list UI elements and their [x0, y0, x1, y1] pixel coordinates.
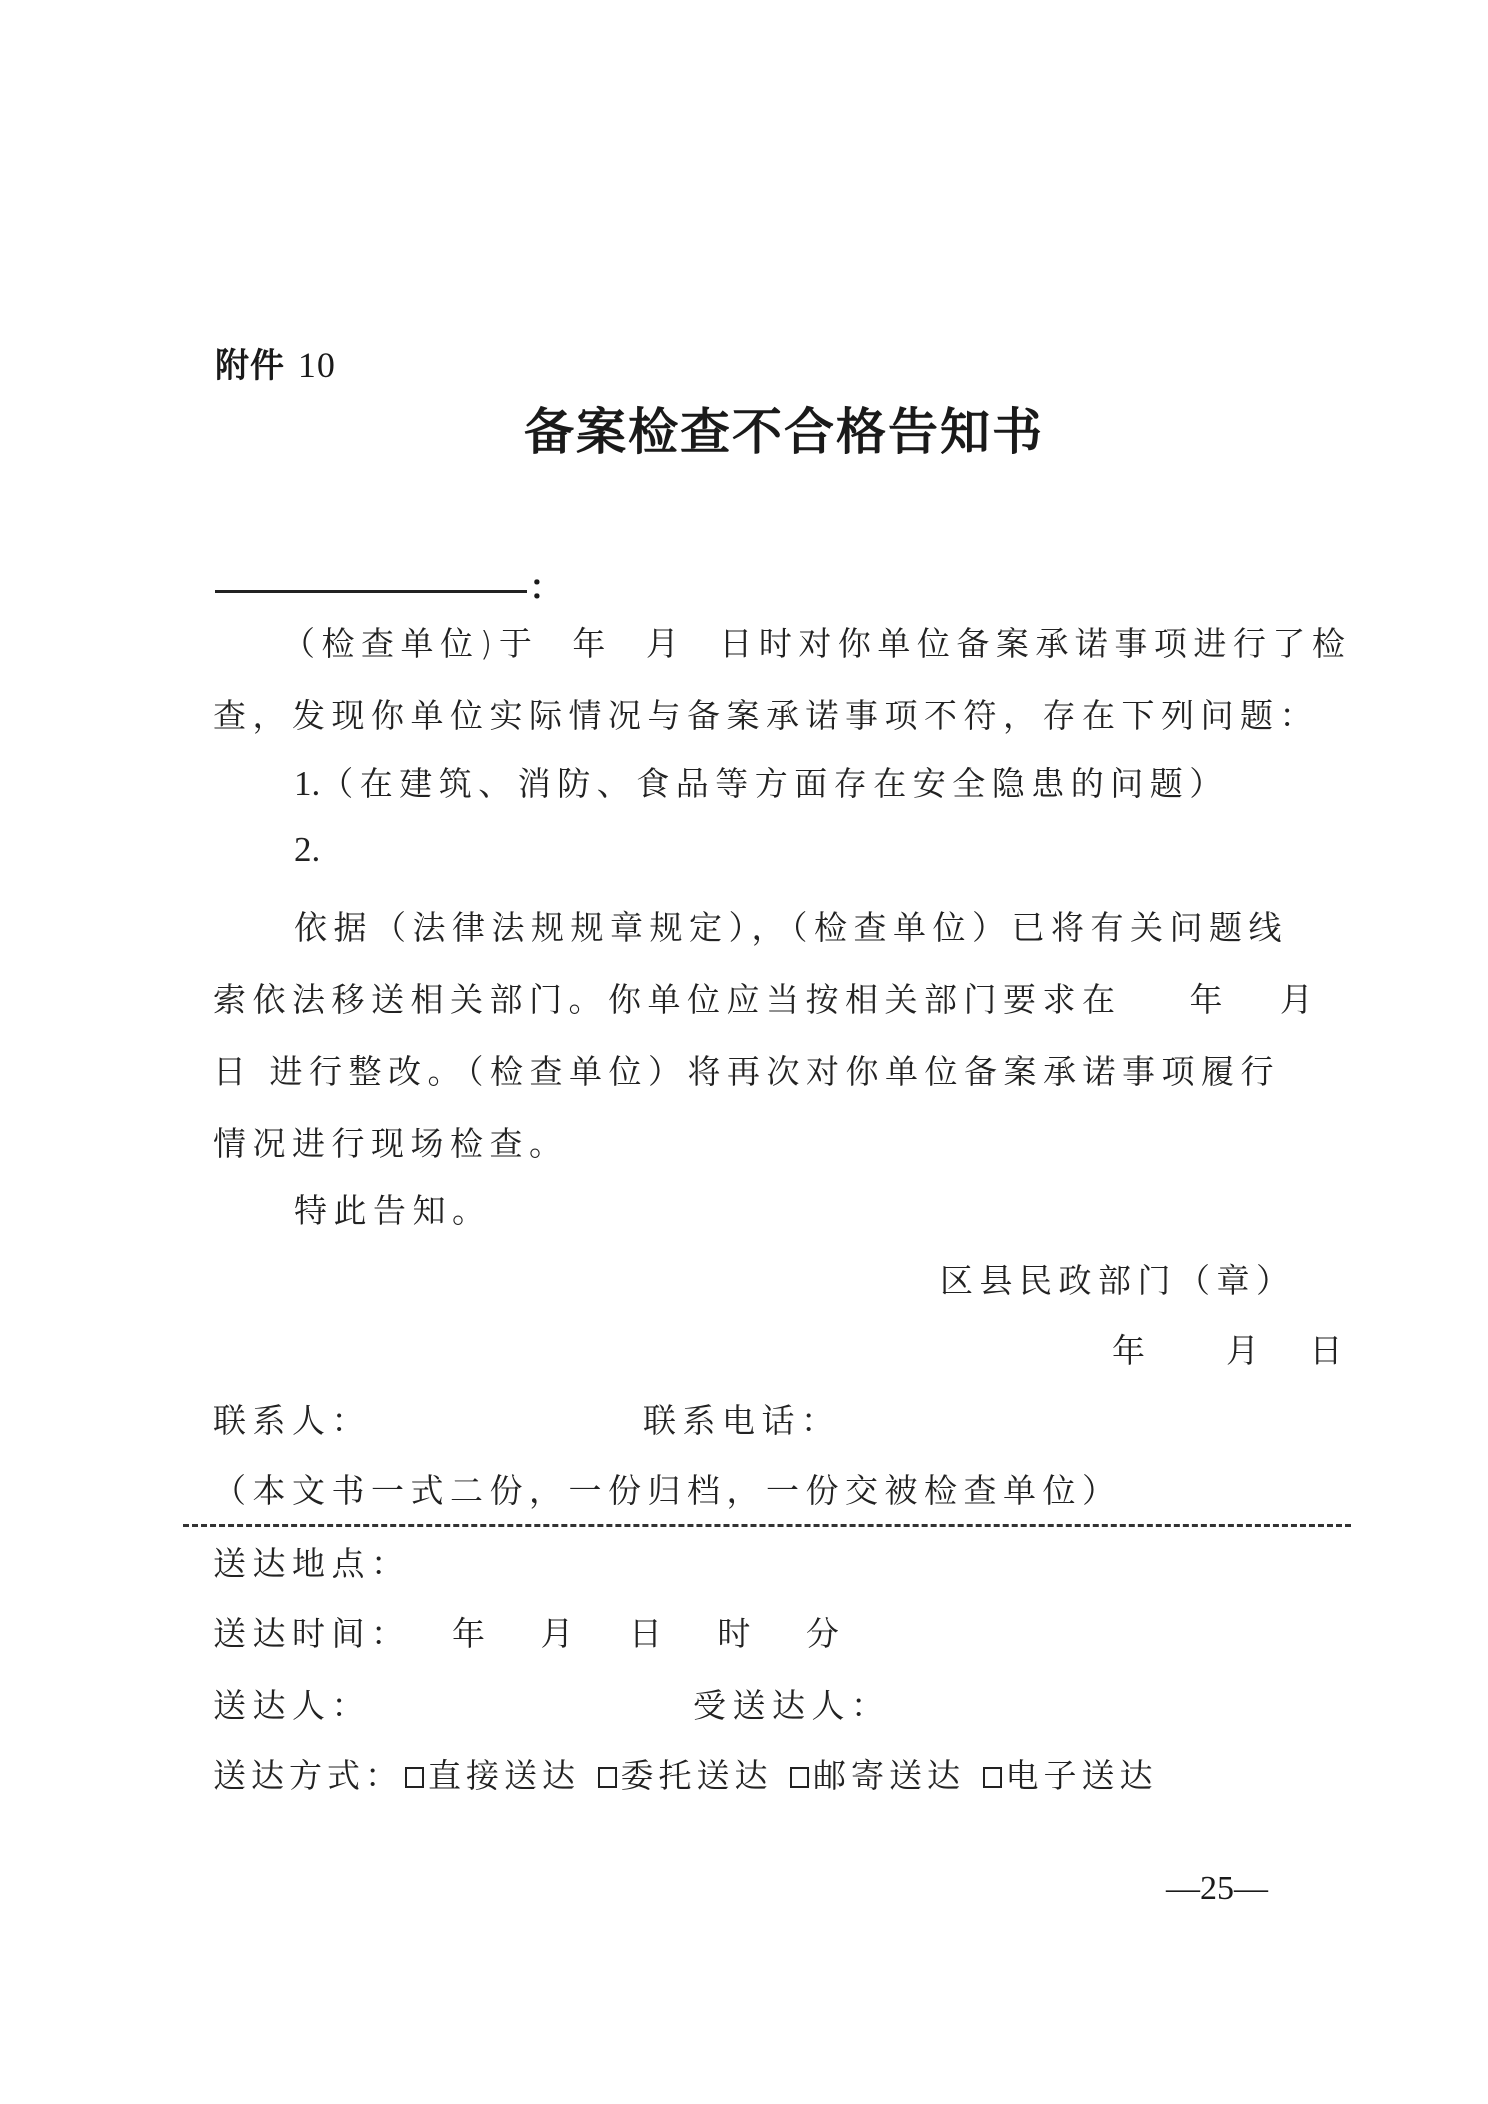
closing-text: 特此告知。 [294, 1185, 492, 1232]
delivery-time-fields[interactable]: 年 月 日 时 分 [452, 1608, 845, 1655]
checkbox-electronic-delivery[interactable] [983, 1767, 1002, 1788]
contact-phone-field[interactable] [830, 1395, 1130, 1435]
copies-note: （本文书一式二份，一份归档，一份交被检查单位） [213, 1465, 1122, 1512]
checkbox-entrusted-delivery[interactable] [598, 1767, 617, 1788]
method-entrusted-label: 委托送达 [621, 1756, 773, 1795]
contact-person-field[interactable] [370, 1395, 610, 1435]
method-option-direct[interactable]: 直接送达 [403, 1756, 580, 1795]
deliverer-label: 送达人： [213, 1680, 371, 1727]
deliverer-field[interactable] [360, 1680, 660, 1720]
cut-line-divider [183, 1524, 1351, 1527]
item-2-number: 2. [294, 830, 320, 869]
method-direct-label: 直接送达 [428, 1756, 580, 1795]
item-1-number: 1. [294, 764, 320, 803]
issuer-seal: 区县民政部门（章） [940, 1255, 1296, 1302]
checkbox-direct-delivery[interactable] [405, 1767, 424, 1788]
delivery-location-field[interactable] [400, 1538, 1200, 1578]
paragraph-2-line-1: 依据（法律法规规章规定），（检查单位）已将有关问题线 [294, 902, 1288, 949]
contact-person-label: 联系人： [213, 1395, 371, 1442]
method-option-electronic[interactable]: 电子送达 [965, 1756, 1158, 1795]
attachment-number: 10 [298, 345, 336, 385]
recipient-label: 受送达人： [693, 1680, 891, 1727]
paragraph-2-line-3: 日 进行整改。（检查单位）将再次对你单位备案承诺事项履行 [213, 1046, 1280, 1093]
method-option-postal[interactable]: 邮寄送达 [773, 1756, 966, 1795]
checkbox-postal-delivery[interactable] [790, 1767, 809, 1788]
paragraph-1-line-2: 查，发现你单位实际情况与备案承诺事项不符，存在下列问题： [213, 690, 1319, 737]
delivery-method-label: 送达方式： [213, 1756, 403, 1795]
paragraph-2-line-2: 索依法移送相关部门。你单位应当按相关部门要求在 年 月 [213, 974, 1319, 1021]
delivery-method-row: 送达方式：直接送达 委托送达 邮寄送达 电子送达 [213, 1750, 1158, 1797]
item-1-text: （在建筑、消防、食品等方面存在安全隐患的问题） [320, 764, 1229, 803]
delivery-time-label: 送达时间： [213, 1608, 411, 1655]
method-postal-label: 邮寄送达 [813, 1756, 965, 1795]
method-option-entrusted[interactable]: 委托送达 [580, 1756, 773, 1795]
recipient-field[interactable] [880, 1680, 1180, 1720]
delivery-location-label: 送达地点： [213, 1538, 411, 1585]
addressee-blank-line[interactable] [215, 590, 527, 593]
issue-item-1: 1.（在建筑、消防、食品等方面存在安全隐患的问题） [294, 758, 1229, 805]
contact-phone-label: 联系电话： [643, 1395, 841, 1442]
document-title: 备案检查不合格告知书 [0, 392, 1488, 464]
method-electronic-label: 电子送达 [1006, 1756, 1158, 1795]
issue-date: 年 月 日 [1112, 1325, 1362, 1372]
attachment-label-text: 附件 [215, 346, 285, 386]
paragraph-2-line-4: 情况进行现场检查。 [213, 1118, 569, 1165]
attachment-label: 附件 10 [215, 338, 336, 387]
paragraph-1-line-1: （检查单位)于 年 月 日时对你单位备案承诺事项进行了检 [282, 618, 1351, 665]
issue-item-2: 2. [294, 830, 320, 870]
page-number: —25— [1166, 1870, 1268, 1908]
addressee-colon: ： [529, 560, 563, 609]
